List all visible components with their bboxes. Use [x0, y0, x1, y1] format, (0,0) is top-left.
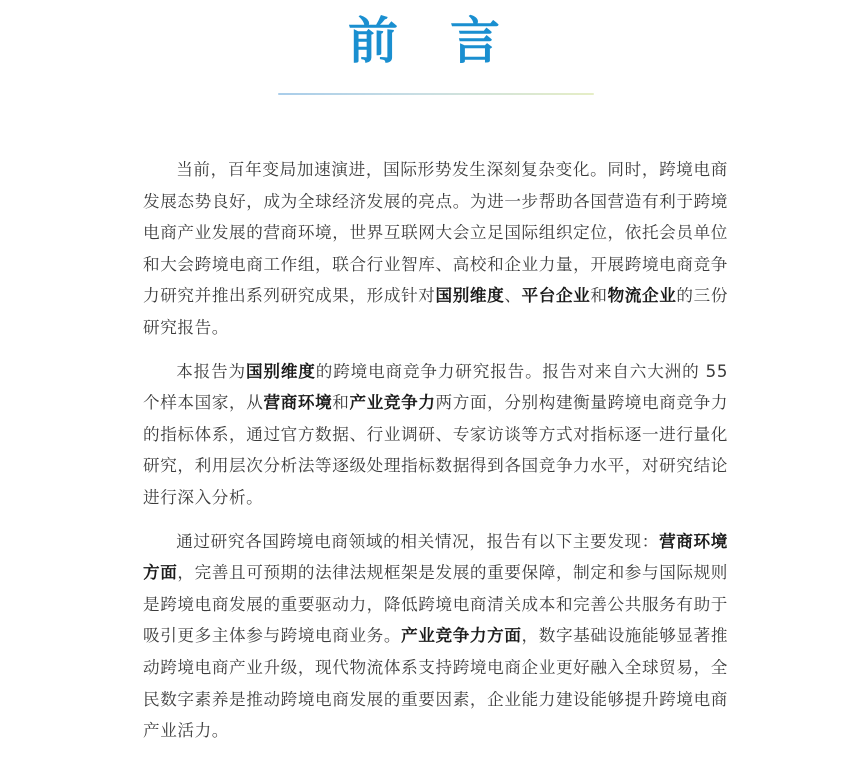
text-segment: 和: [590, 286, 607, 305]
text-segment: 通过研究各国跨境电商领域的相关情况，报告有以下主要发现：: [176, 532, 659, 551]
page-title: 前言: [0, 10, 848, 72]
text-segment: 和: [332, 393, 349, 412]
title-divider: [278, 93, 594, 95]
paragraph-3: 通过研究各国跨境电商领域的相关情况，报告有以下主要发现：营商环境方面，完善且可预…: [143, 526, 728, 747]
paragraph-2: 本报告为国别维度的跨境电商竞争力研究报告。报告对来自六大洲的 55 个样本国家，…: [143, 356, 728, 514]
bold-term-industry-competitiveness-aspect: 产业竞争力方面: [401, 626, 521, 645]
bold-term-business-environment: 营商环境: [263, 393, 332, 412]
preface-body: 当前，百年变局加速演进，国际形势发生深刻复杂变化。同时，跨境电商发展态势良好，成…: [143, 154, 728, 759]
bold-term-platform-enterprise: 平台企业: [522, 286, 591, 305]
text-segment: 、: [504, 286, 521, 305]
text-segment: 本报告为: [176, 362, 246, 381]
bold-term-logistics-enterprise: 物流企业: [608, 286, 677, 305]
text-segment: 当前，百年变局加速演进，国际形势发生深刻复杂变化。同时，跨境电商发展态势良好，成…: [143, 160, 728, 305]
paragraph-1: 当前，百年变局加速演进，国际形势发生深刻复杂变化。同时，跨境电商发展态势良好，成…: [143, 154, 728, 344]
bold-term-country-dimension: 国别维度: [435, 286, 504, 305]
bold-term-industry-competitiveness: 产业竞争力: [350, 393, 436, 412]
bold-term-country-dimension: 国别维度: [246, 362, 316, 381]
